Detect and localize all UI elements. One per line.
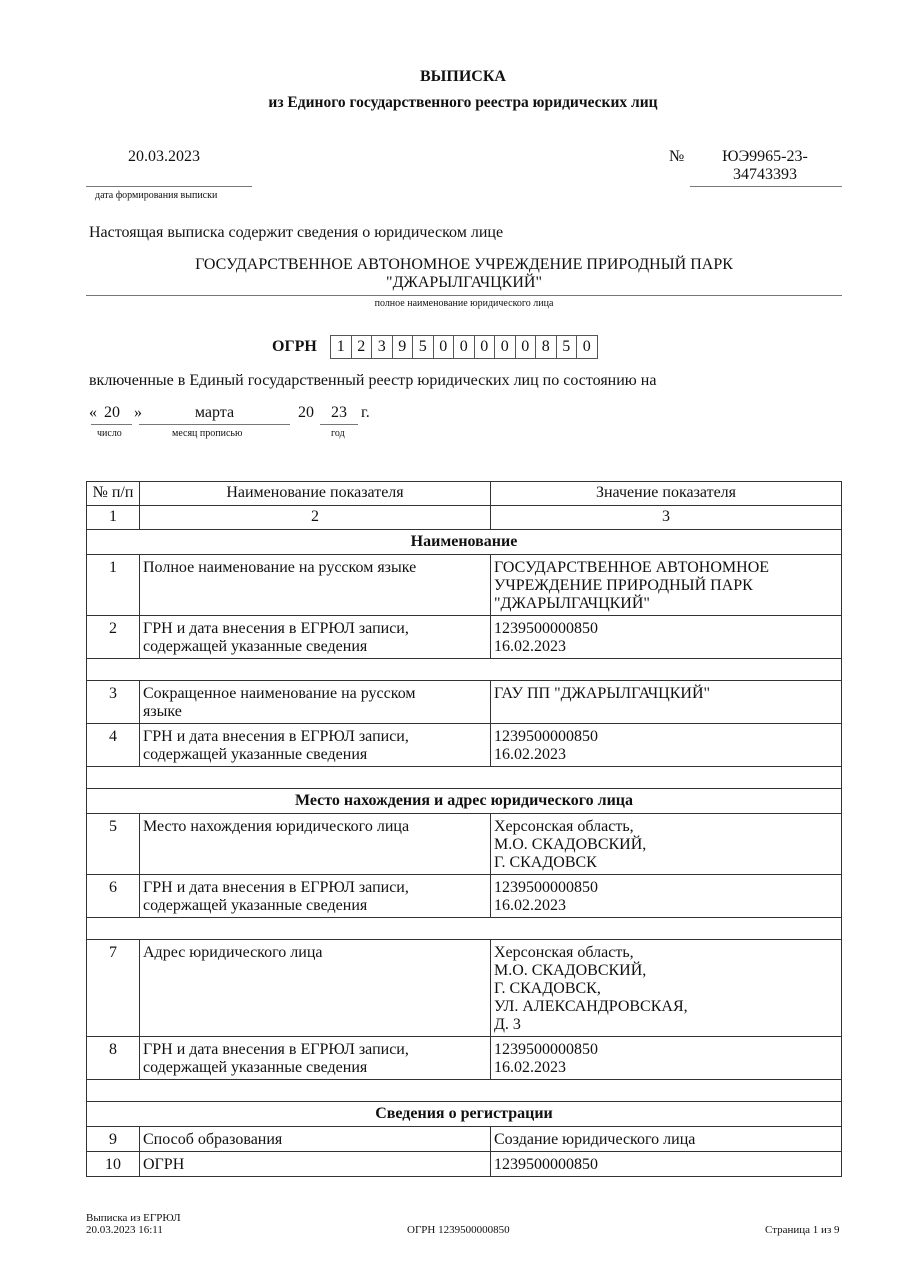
row-value: 1239500000850 16.02.2023 [491, 1037, 842, 1080]
table-row: 9 Способ образования Создание юридическо… [87, 1127, 842, 1152]
included-text: включенные в Единый государственный реес… [89, 372, 656, 390]
ogrn-digit: 0 [494, 336, 515, 358]
table-row: 3 Сокращенное наименование на русском яз… [87, 681, 842, 724]
row-number: 1 [87, 555, 140, 616]
ogrn-digit: 9 [392, 336, 413, 358]
row-value: Создание юридического лица [491, 1127, 842, 1152]
row-value: Херсонская область, М.О. СКАДОВСКИЙ, Г. … [491, 814, 842, 875]
section-title-naming: Наименование [87, 530, 842, 555]
section-row: Наименование [87, 530, 842, 555]
as-of-month: марта [139, 404, 290, 422]
month-underline [139, 424, 290, 425]
ogrn-digit: 0 [576, 336, 597, 358]
row-value: ГАУ ПП "ДЖАРЫЛГАЧЦКИЙ" [491, 681, 842, 724]
row-indicator: ГРН и дата внесения в ЕГРЮЛ записи, соде… [140, 1037, 491, 1080]
row-number: 8 [87, 1037, 140, 1080]
spacer-row [87, 918, 842, 940]
day-underline [91, 424, 132, 425]
table-header-row: № п/п Наименование показателя Значение п… [87, 482, 842, 506]
section-row: Место нахождения и адрес юридического ли… [87, 789, 842, 814]
month-caption: месяц прописью [172, 428, 242, 439]
document-title: ВЫПИСКА [0, 68, 906, 86]
open-quote: « [89, 404, 97, 422]
section-title-location: Место нахождения и адрес юридического ли… [87, 789, 842, 814]
spacer-cell [87, 918, 842, 940]
spacer-cell [87, 1080, 842, 1102]
date-underline [86, 186, 252, 187]
table-row: 1 Полное наименование на русском языке Г… [87, 555, 842, 616]
table-row: 2 ГРН и дата внесения в ЕГРЮЛ записи, со… [87, 616, 842, 659]
row-indicator: ГРН и дата внесения в ЕГРЮЛ записи, соде… [140, 616, 491, 659]
column-number-row: 1 2 3 [87, 506, 842, 530]
row-number: 7 [87, 940, 140, 1037]
row-value: 1239500000850 16.02.2023 [491, 724, 842, 767]
spacer-cell [87, 659, 842, 681]
ogrn-digit: 8 [535, 336, 556, 358]
ogrn-label: ОГРН [272, 338, 317, 356]
table-row: 8 ГРН и дата внесения в ЕГРЮЛ записи, со… [87, 1037, 842, 1080]
formation-date: 20.03.2023 [128, 148, 200, 166]
as-of-day: 20 [104, 404, 120, 422]
ogrn-digit: 0 [433, 336, 454, 358]
row-value: 1239500000850 16.02.2023 [491, 875, 842, 918]
row-indicator: ОГРН [140, 1152, 491, 1177]
document-subtitle: из Единого государственного реестра юрид… [0, 94, 906, 112]
spacer-row [87, 1080, 842, 1102]
row-number: 9 [87, 1127, 140, 1152]
name-underline [86, 295, 842, 296]
table-row: 10 ОГРН 1239500000850 [87, 1152, 842, 1177]
footer-left: Выписка из ЕГРЮЛ 20.03.2023 16:11 [86, 1212, 181, 1236]
spacer-row [87, 659, 842, 681]
column-number: 2 [140, 506, 491, 530]
row-value: 1239500000850 16.02.2023 [491, 616, 842, 659]
formation-date-caption: дата формирования выписки [95, 190, 217, 201]
ogrn-digit: 0 [515, 336, 536, 358]
ogrn-digit: 1 [331, 336, 351, 358]
footer-page-number: Страница 1 из 9 [765, 1224, 840, 1236]
header-value: Значение показателя [491, 482, 842, 506]
year-unit: г. [361, 404, 370, 422]
extract-table: № п/п Наименование показателя Значение п… [86, 481, 842, 1177]
header-number: № п/п [87, 482, 140, 506]
ogrn-digit: 5 [556, 336, 577, 358]
header-indicator: Наименование показателя [140, 482, 491, 506]
row-number: 4 [87, 724, 140, 767]
year-caption: год [331, 428, 345, 439]
row-indicator: Сокращенное наименование на русском язык… [140, 681, 491, 724]
footer-ogrn: ОГРН 1239500000850 [407, 1224, 510, 1236]
row-number: 3 [87, 681, 140, 724]
ogrn-digit-boxes: 1 2 3 9 5 0 0 0 0 0 8 5 0 [330, 335, 598, 359]
ogrn-digit: 2 [351, 336, 372, 358]
year-underline [320, 424, 358, 425]
ogrn-digit: 0 [453, 336, 474, 358]
column-number: 3 [491, 506, 842, 530]
intro-text: Настоящая выписка содержит сведения о юр… [89, 224, 503, 242]
row-indicator: ГРН и дата внесения в ЕГРЮЛ записи, соде… [140, 875, 491, 918]
row-indicator: Место нахождения юридического лица [140, 814, 491, 875]
row-value: 1239500000850 [491, 1152, 842, 1177]
row-indicator: Способ образования [140, 1127, 491, 1152]
row-value: ГОСУДАРСТВЕННОЕ АВТОНОМНОЕ УЧРЕЖДЕНИЕ ПР… [491, 555, 842, 616]
day-caption: число [97, 428, 122, 439]
spacer-cell [87, 767, 842, 789]
row-number: 6 [87, 875, 140, 918]
table-row: 4 ГРН и дата внесения в ЕГРЮЛ записи, со… [87, 724, 842, 767]
as-of-year-suffix: 23 [320, 404, 358, 422]
section-title-registration: Сведения о регистрации [87, 1102, 842, 1127]
table-row: 6 ГРН и дата внесения в ЕГРЮЛ записи, со… [87, 875, 842, 918]
number-underline [690, 186, 842, 187]
row-indicator: Полное наименование на русском языке [140, 555, 491, 616]
row-number: 5 [87, 814, 140, 875]
section-row: Сведения о регистрации [87, 1102, 842, 1127]
table-row: 5 Место нахождения юридического лица Хер… [87, 814, 842, 875]
table-row: 7 Адрес юридического лица Херсонская обл… [87, 940, 842, 1037]
row-indicator: ГРН и дата внесения в ЕГРЮЛ записи, соде… [140, 724, 491, 767]
as-of-year-prefix: 20 [298, 404, 314, 422]
row-number: 2 [87, 616, 140, 659]
row-value: Херсонская область, М.О. СКАДОВСКИЙ, Г. … [491, 940, 842, 1037]
row-indicator: Адрес юридического лица [140, 940, 491, 1037]
number-sign: № [669, 148, 684, 166]
row-number: 10 [87, 1152, 140, 1177]
column-number: 1 [87, 506, 140, 530]
ogrn-digit: 5 [412, 336, 433, 358]
entity-full-name: ГОСУДАРСТВЕННОЕ АВТОНОМНОЕ УЧРЕЖДЕНИЕ ПР… [86, 256, 842, 292]
extract-number: ЮЭ9965-23- 34743393 [700, 148, 830, 184]
spacer-row [87, 767, 842, 789]
ogrn-digit: 0 [474, 336, 495, 358]
full-name-caption: полное наименование юридического лица [86, 298, 842, 309]
ogrn-digit: 3 [371, 336, 392, 358]
